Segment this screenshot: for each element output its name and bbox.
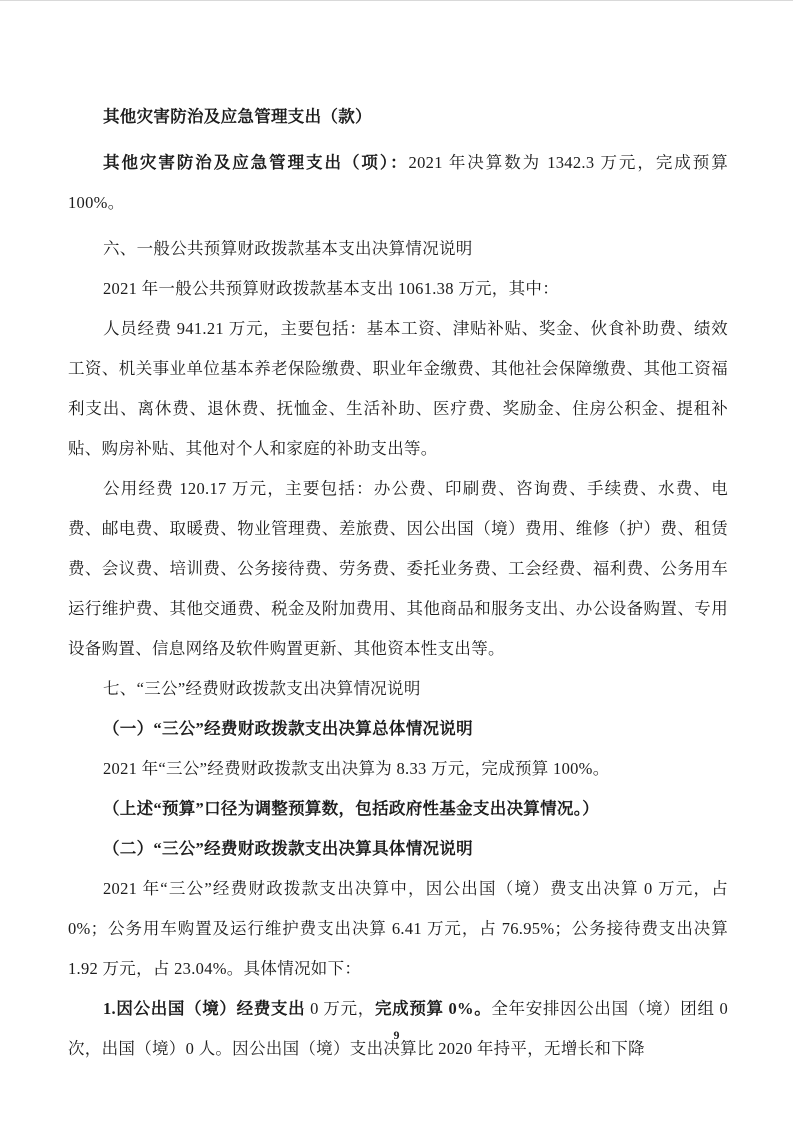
text-run: 0 万元， [305,999,375,1018]
text-run-bold: （二）“三公”经费财政拨款支出决算具体情况说明 [103,839,473,858]
document-page: 其他灾害防治及应急管理支出（款）其他灾害防治及应急管理支出（项）：2021 年决… [0,0,793,1122]
text-run-bold: （一）“三公”经费财政拨款支出决算总体情况说明 [103,719,473,738]
paragraph-other-disaster-xiang: 其他灾害防治及应急管理支出（项）：2021 年决算数为 1342.3 万元，完成… [68,143,728,223]
text-run: 2021 年一般公共预算财政拨款基本支出 1061.38 万元，其中： [103,279,559,298]
text-run-bold: 其他灾害防治及应急管理支出（项）： [103,153,409,172]
text-run-bold: （上述“预算”口径为调整预算数，包括政府性基金支出决算情况。） [103,799,599,818]
paragraph-basic-expense-total: 2021 年一般公共预算财政拨款基本支出 1061.38 万元，其中： [68,269,728,309]
text-run: 公用经费 120.17 万元，主要包括：办公费、印刷费、咨询费、手续费、水费、电… [68,479,728,658]
paragraph-budget-note: （上述“预算”口径为调整预算数，包括政府性基金支出决算情况。） [68,789,728,829]
text-run-bold: 1.因公出国（境）经费支出 [103,999,305,1018]
paragraph-public-expense: 公用经费 120.17 万元，主要包括：办公费、印刷费、咨询费、手续费、水费、电… [68,469,728,669]
paragraph-three-public-detail: 2021 年“三公”经费财政拨款支出决算中，因公出国（境）费支出决算 0 万元，… [68,869,728,989]
text-run: 六、一般公共预算财政拨款基本支出决算情况说明 [103,239,473,258]
text-run-bold: 其他灾害防治及应急管理支出（款） [103,107,372,126]
paragraph-sub2-title: （二）“三公”经费财政拨款支出决算具体情况说明 [68,829,728,869]
text-run: 人员经费 941.21 万元，主要包括：基本工资、津贴补贴、奖金、伙食补助费、绩… [68,319,728,458]
paragraph-section-6-title: 六、一般公共预算财政拨款基本支出决算情况说明 [68,229,728,269]
text-run: 2021 年“三公”经费财政拨款支出决算中，因公出国（境）费支出决算 0 万元，… [68,879,728,978]
text-run: 2021 年“三公”经费财政拨款支出决算为 8.33 万元，完成预算 100%。 [103,759,610,778]
text-run: 七、“三公”经费财政拨款支出决算情况说明 [103,679,421,698]
document-content: 其他灾害防治及应急管理支出（款）其他灾害防治及应急管理支出（项）：2021 年决… [68,97,728,1069]
page-number: 9 [0,1028,793,1043]
paragraph-three-public-total: 2021 年“三公”经费财政拨款支出决算为 8.33 万元，完成预算 100%。 [68,749,728,789]
paragraph-other-disaster-kuan: 其他灾害防治及应急管理支出（款） [68,97,728,137]
text-run-bold: 完成预算 0%。 [375,999,491,1018]
paragraph-personnel-expense: 人员经费 941.21 万元，主要包括：基本工资、津贴补贴、奖金、伙食补助费、绩… [68,309,728,469]
paragraph-section-7-title: 七、“三公”经费财政拨款支出决算情况说明 [68,669,728,709]
paragraph-sub1-title: （一）“三公”经费财政拨款支出决算总体情况说明 [68,709,728,749]
